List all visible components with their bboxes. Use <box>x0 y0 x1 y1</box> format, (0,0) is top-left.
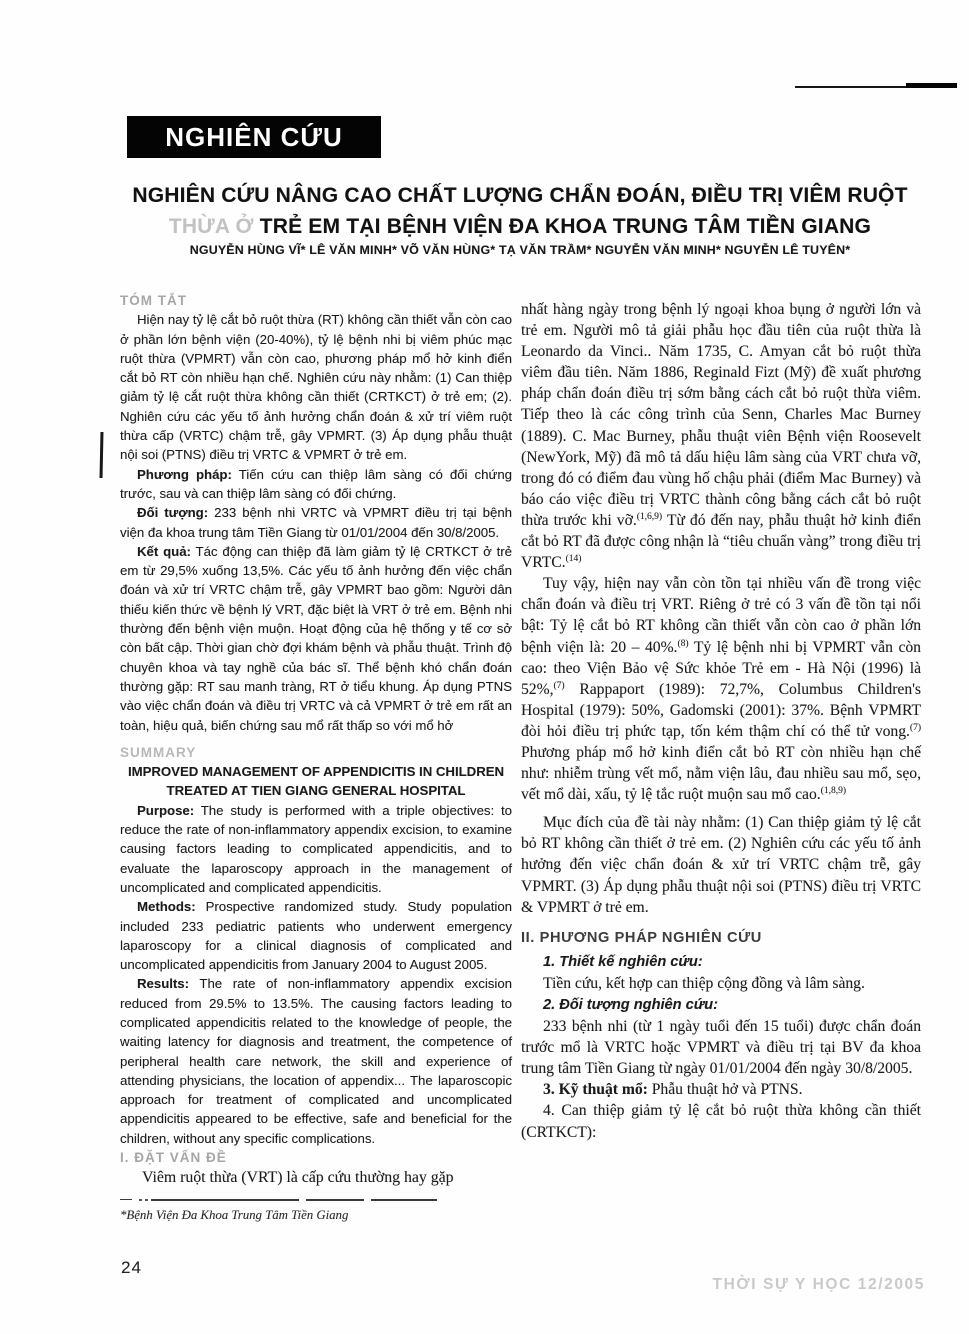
introduction-paragraph-3: Mục đích của đề tài này nhằm: (1) Can th… <box>521 812 921 917</box>
left-column: TÓM TẮT Hiện nay tỷ lệ cắt bỏ ruột thừa … <box>120 291 512 1226</box>
affiliation-footnote: *Bệnh Viện Đa Khoa Trung Tâm Tiền Giang <box>120 1206 512 1225</box>
introduction-paragraph-2: Tuy vậy, hiện nay vẫn còn tồn tại nhiều … <box>521 573 921 805</box>
article-title-line2-faded: THỪA Ở <box>169 215 254 238</box>
introduction-paragraph-1: nhất hàng ngày trong bệnh lý ngoại khoa … <box>521 299 921 573</box>
authors-line: NGUYỄN HÙNG VĨ* LÊ VĂN MINH* VÕ VĂN HÙNG… <box>110 243 930 257</box>
section-badge: NGHIÊN CỨU <box>127 116 381 158</box>
footnote-rule-segment <box>151 1199 299 1202</box>
margin-pen-mark <box>100 432 103 478</box>
footnote-rule-segment <box>371 1199 437 1201</box>
abstract-en-methods-label: Methods: <box>137 899 196 914</box>
top-margin-rule-thick <box>906 83 957 88</box>
methods-item3-label: 3. Kỹ thuật mổ: <box>543 1081 648 1098</box>
reference-superscript: (1,6,9) <box>637 512 662 522</box>
methods-item3: 3. Kỹ thuật mổ: Phẫu thuật hở và PTNS. <box>521 1079 921 1100</box>
abstract-en-purpose: Purpose: The study is performed with a t… <box>120 801 512 897</box>
introduction-p1-text-a: nhất hàng ngày trong bệnh lý ngoại khoa … <box>521 301 921 529</box>
right-column: nhất hàng ngày trong bệnh lý ngoại khoa … <box>521 299 921 1143</box>
abstract-vi-methods: Phương pháp: Tiến cứu can thiệp lâm sàng… <box>120 465 512 504</box>
abstract-en-heading: SUMMARY <box>120 743 512 762</box>
abstract-en-methods: Methods: Prospective randomized study. S… <box>120 897 512 974</box>
methods-item2-text: 233 bệnh nhi (từ 1 ngày tuổi đến 15 tuổi… <box>521 1016 921 1079</box>
reference-superscript: (8) <box>677 638 688 648</box>
abstract-vi-results-text: Tác động can thiệp đã làm giảm tỷ lệ CRT… <box>120 544 512 733</box>
article-title-line2-rest: TRẺ EM TẠI BỆNH VIỆN ĐA KHOA TRUNG TÂM T… <box>254 215 871 238</box>
abstract-vi-heading: TÓM TẮT <box>120 291 512 310</box>
abstract-en-results-label: Results: <box>137 976 189 991</box>
footnote-rule-dot <box>139 1199 142 1201</box>
footnote-rule-dot <box>145 1199 148 1201</box>
scanned-article-page: NGHIÊN CỨU NGHIÊN CỨU NÂNG CAO CHẤT LƯỢN… <box>0 0 969 1334</box>
abstract-vi-paragraph-1: Hiện nay tỷ lệ cắt bỏ ruột thừa (RT) khô… <box>120 310 512 464</box>
abstract-vi-results-label: Kết quả: <box>137 544 191 559</box>
introduction-p2-text-c: Rappaport (1989): 72,7%, Columbus Childr… <box>521 681 921 740</box>
reference-superscript: (7) <box>553 681 564 691</box>
footnote-rule-segment <box>306 1199 364 1201</box>
journal-footer-line: THỜI SỰ Y HỌC 12/2005 <box>713 1276 925 1294</box>
methods-item3-text: Phẫu thuật hở và PTNS. <box>648 1081 803 1098</box>
reference-superscript: (7) <box>910 723 921 733</box>
abstract-vi-subjects: Đối tượng: 233 bệnh nhi VRTC và VPMRT đi… <box>120 503 512 542</box>
methods-item1-label: 1. Thiết kế nghiên cứu: <box>521 952 921 973</box>
introduction-heading: I. ĐẶT VẤN ĐỀ <box>120 1148 512 1167</box>
abstract-vi-results: Kết quả: Tác động can thiệp đã làm giảm … <box>120 542 512 735</box>
abstract-vi-methods-label: Phương pháp: <box>137 467 232 482</box>
article-title: NGHIÊN CỨU NÂNG CAO CHẤT LƯỢNG CHẨN ĐOÁN… <box>110 180 930 242</box>
methods-item4: 4. Can thiệp giảm tỷ lệ cắt bỏ ruột thừa… <box>521 1100 921 1142</box>
abstract-en-title: IMPROVED MANAGEMENT OF APPENDICITIS IN C… <box>120 762 512 801</box>
abstract-en-results-text: The rate of non-inflammatory appendix ex… <box>120 976 512 1145</box>
reference-superscript: (1,8,9) <box>821 786 846 796</box>
introduction-p2-text-d: Phương pháp mổ hở kinh điển cắt bỏ RT cò… <box>521 744 921 803</box>
article-title-line1: NGHIÊN CỨU NÂNG CAO CHẤT LƯỢNG CHẨN ĐOÁN… <box>110 180 930 211</box>
article-title-line2: THỪA Ở TRẺ EM TẠI BỆNH VIỆN ĐA KHOA TRUN… <box>110 211 930 242</box>
methods-item2-label: 2. Đối tượng nghiên cứu: <box>521 995 921 1016</box>
footnote-rule-segment <box>120 1199 132 1200</box>
page-number: 24 <box>121 1258 142 1278</box>
abstract-en-results: Results: The rate of non-inflammatory ap… <box>120 974 512 1148</box>
section-badge-label: NGHIÊN CỨU <box>165 122 342 153</box>
methods-item1-text: Tiền cứu, kết hợp can thiệp cộng đồng và… <box>521 973 921 994</box>
methods-section-heading: II. PHƯƠNG PHÁP NGHIÊN CỨU <box>521 928 921 949</box>
footnote-rule <box>120 1198 512 1201</box>
introduction-lead: Viêm ruột thừa (VRT) là cấp cứu thường h… <box>120 1167 512 1189</box>
abstract-vi-subjects-label: Đối tượng: <box>137 505 208 520</box>
abstract-en-purpose-label: Purpose: <box>137 803 194 818</box>
reference-superscript: (14) <box>566 554 582 564</box>
